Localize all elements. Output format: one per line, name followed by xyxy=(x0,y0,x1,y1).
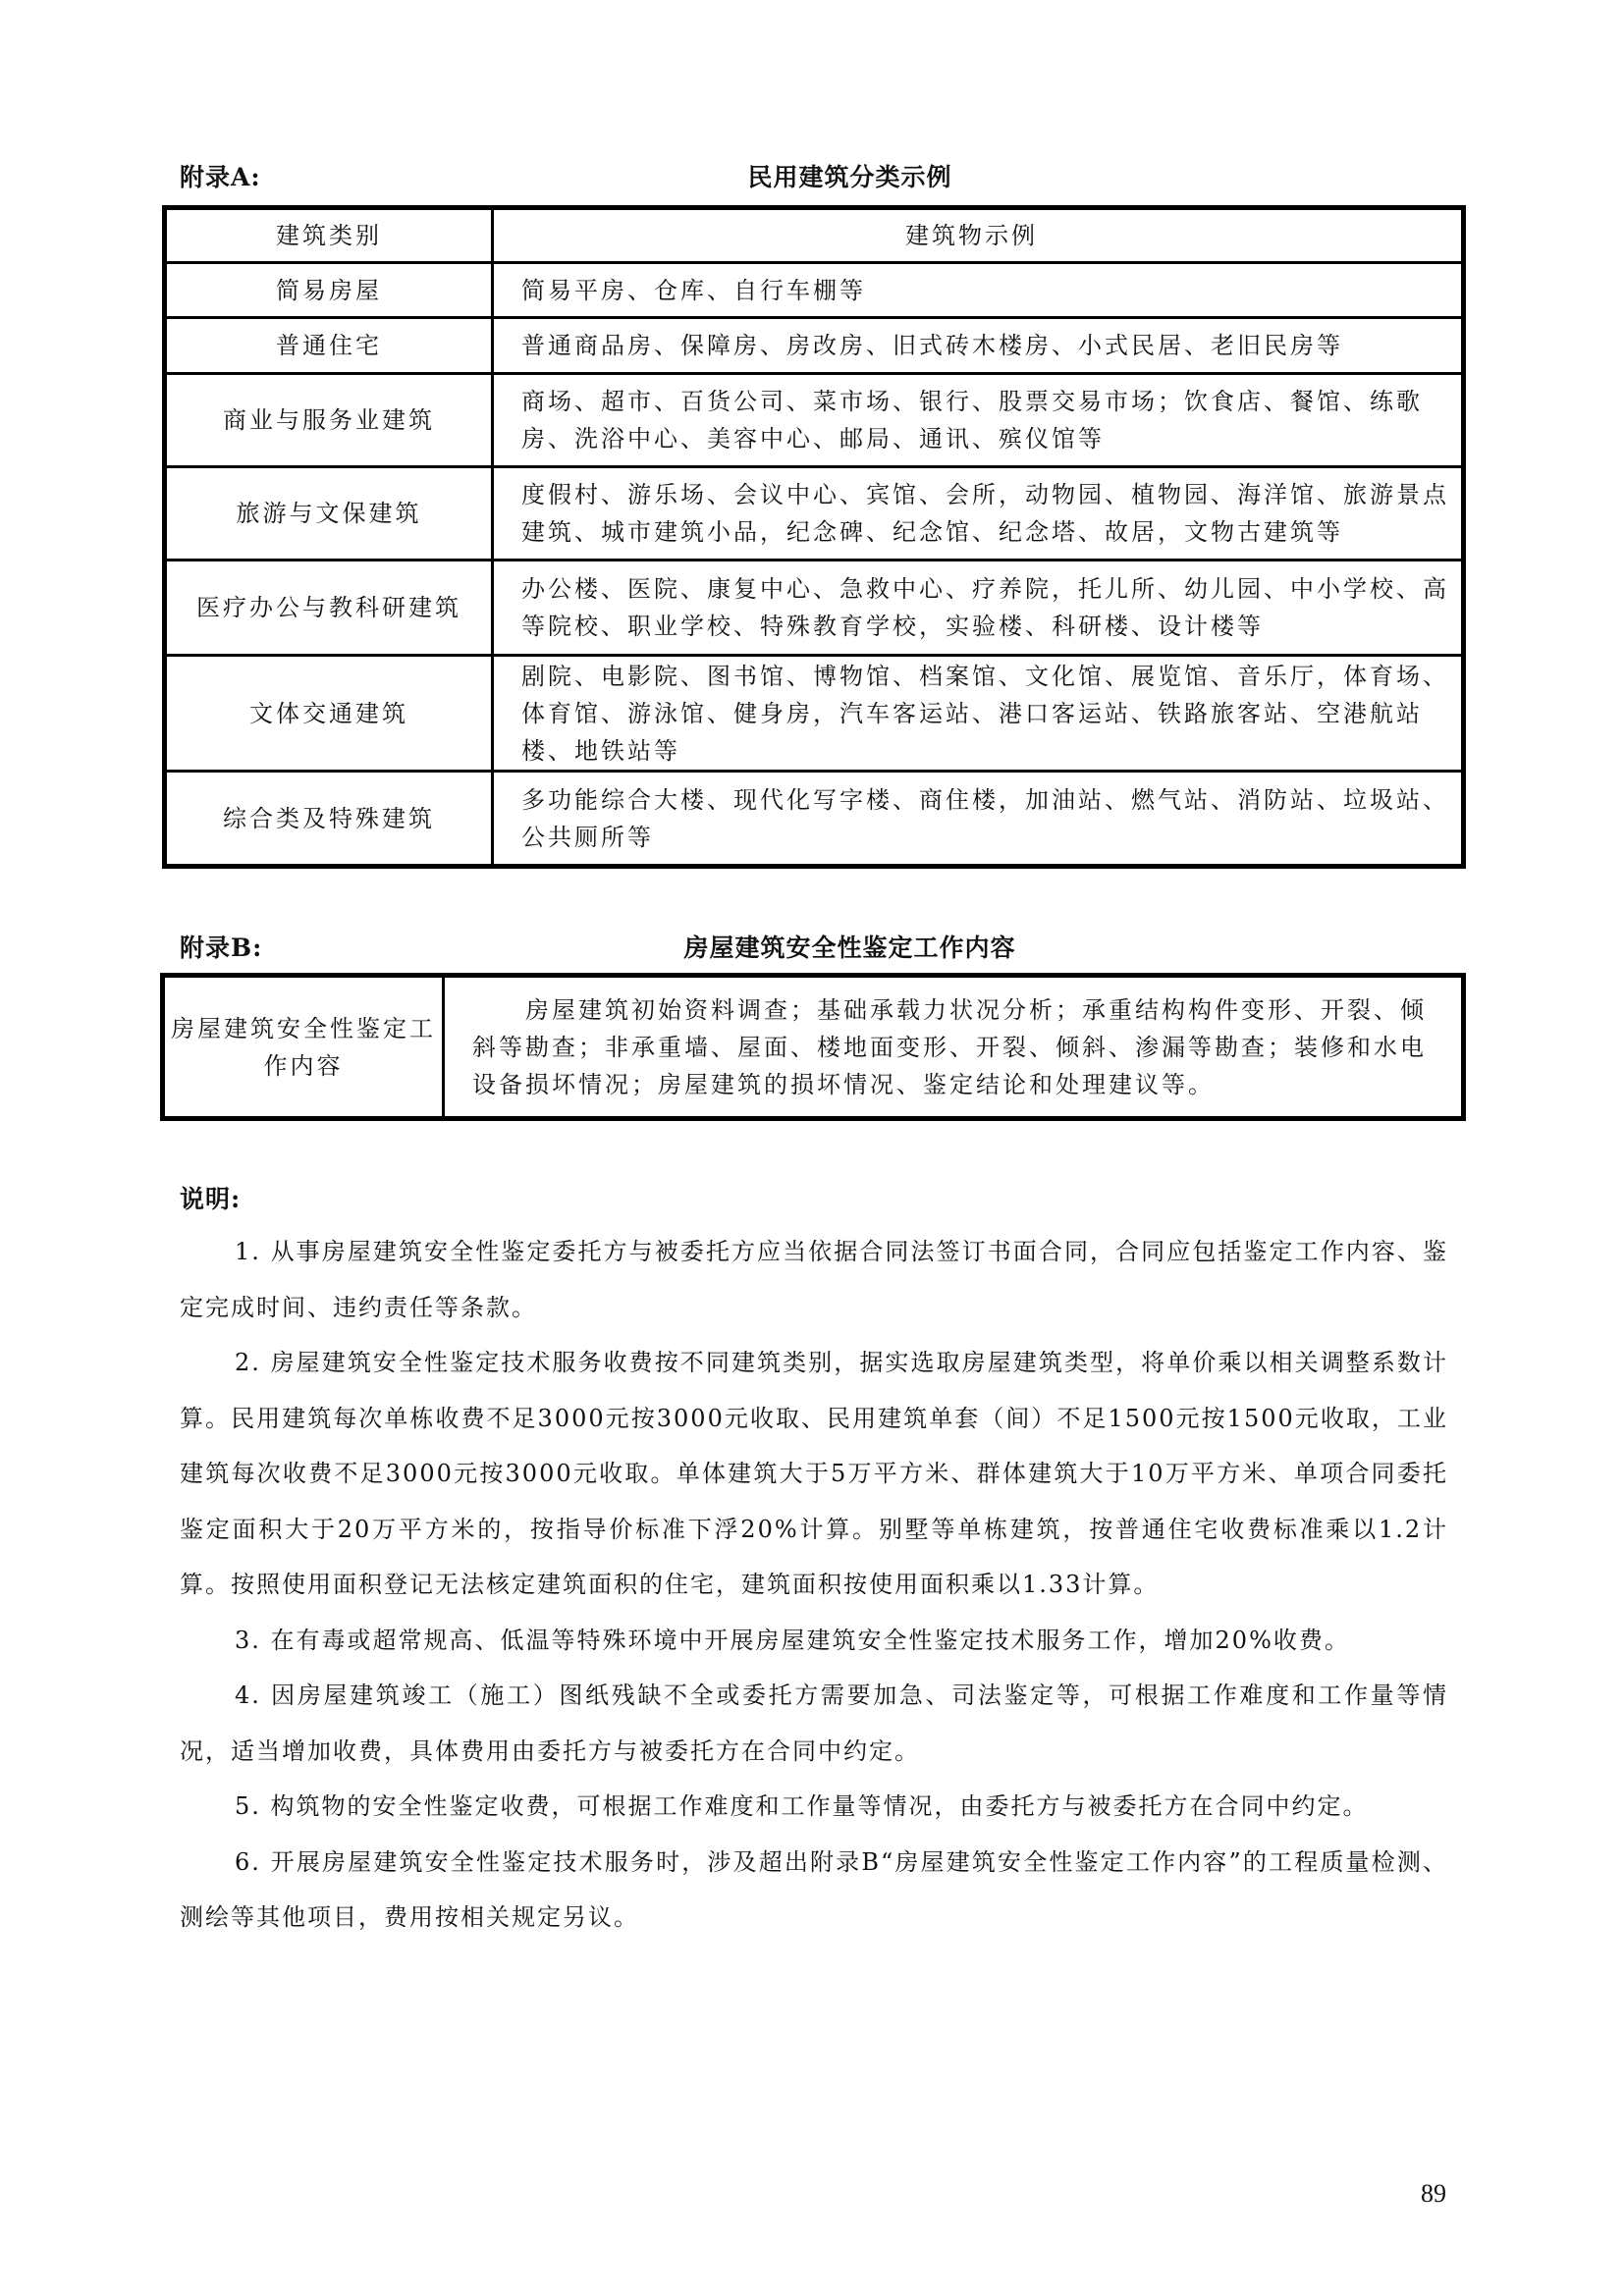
note-item-6: 6. 开展房屋建筑安全性鉴定技术服务时，涉及超出附录B“房屋建筑安全性鉴定工作内… xyxy=(180,1835,1448,1946)
row-category: 商业与服务业建筑 xyxy=(165,374,493,467)
table-row: 医疗办公与教科研建筑 办公楼、医院、康复中心、急救中心、疗养院，托儿所、幼儿园、… xyxy=(165,561,1464,656)
table-row: 简易房屋 简易平房、仓库、自行车棚等 xyxy=(165,263,1464,318)
table-row: 旅游与文保建筑 度假村、游乐场、会议中心、宾馆、会所，动物园、植物园、海洋馆、旅… xyxy=(165,467,1464,561)
appendix-b-heading: 附录B: 房屋建筑安全性鉴定工作内容 xyxy=(180,929,1461,968)
note-item-4: 4. 因房屋建筑竣工（施工）图纸残缺不全或委托方需要加急、司法鉴定等，可根据工作… xyxy=(180,1668,1448,1779)
note-item-2: 2. 房屋建筑安全性鉴定技术服务收费按不同建筑类别，据实选取房屋建筑类型，将单价… xyxy=(180,1335,1448,1613)
table-row: 综合类及特殊建筑 多功能综合大楼、现代化写字楼、商住楼，加油站、燃气站、消防站、… xyxy=(165,772,1464,867)
notes-title: 说明: xyxy=(180,1175,1448,1224)
document-page: 附录A: 民用建筑分类示例 建筑类别 建筑物示例 简易房屋 简易平房、仓库、自行… xyxy=(0,0,1624,2296)
row-category: 普通住宅 xyxy=(165,318,493,374)
page-number: 89 xyxy=(1421,2179,1446,2209)
row-examples: 普通商品房、保障房、房改房、旧式砖木楼房、小式民居、老旧民房等 xyxy=(493,318,1464,374)
row-examples: 办公楼、医院、康复中心、急救中心、疗养院，托儿所、幼儿园、中小学校、高等院校、职… xyxy=(493,561,1464,656)
row-category: 简易房屋 xyxy=(165,263,493,318)
building-classification-table: 建筑类别 建筑物示例 简易房屋 简易平房、仓库、自行车棚等 普通住宅 普通商品房… xyxy=(162,205,1466,869)
row-category: 房屋建筑安全性鉴定工作内容 xyxy=(163,976,444,1119)
table-row: 商业与服务业建筑 商场、超市、百货公司、菜市场、银行、股票交易市场；饮食店、餐馆… xyxy=(165,374,1464,467)
header-category: 建筑类别 xyxy=(165,208,493,263)
row-examples: 多功能综合大楼、现代化写字楼、商住楼，加油站、燃气站、消防站、垃圾站、公共厕所等 xyxy=(493,772,1464,867)
table-header-row: 建筑类别 建筑物示例 xyxy=(165,208,1464,263)
note-item-1: 1. 从事房屋建筑安全性鉴定委托方与被委托方应当依据合同法签订书面合同，合同应包… xyxy=(180,1224,1448,1335)
row-examples: 商场、超市、百货公司、菜市场、银行、股票交易市场；饮食店、餐馆、练歌房、洗浴中心… xyxy=(493,374,1464,467)
table-row: 文体交通建筑 剧院、电影院、图书馆、博物馆、档案馆、文化馆、展览馆、音乐厅，体育… xyxy=(165,656,1464,772)
row-category: 文体交通建筑 xyxy=(165,656,493,772)
appendix-b-title: 房屋建筑安全性鉴定工作内容 xyxy=(180,929,1461,968)
table-row: 普通住宅 普通商品房、保障房、房改房、旧式砖木楼房、小式民居、老旧民房等 xyxy=(165,318,1464,374)
appraisal-work-content-table: 房屋建筑安全性鉴定工作内容 房屋建筑初始资料调查；基础承载力状况分析；承重结构构… xyxy=(160,973,1466,1121)
row-examples: 度假村、游乐场、会议中心、宾馆、会所，动物园、植物园、海洋馆、旅游景点建筑、城市… xyxy=(493,467,1464,561)
row-examples: 房屋建筑初始资料调查；基础承载力状况分析；承重结构构件变形、开裂、倾斜等勘查；非… xyxy=(444,976,1464,1119)
note-item-3: 3. 在有毒或超常规高、低温等特殊环境中开展房屋建筑安全性鉴定技术服务工作，增加… xyxy=(180,1613,1448,1669)
note-item-5: 5. 构筑物的安全性鉴定收费，可根据工作难度和工作量等情况，由委托方与被委托方在… xyxy=(180,1779,1448,1835)
row-examples: 简易平房、仓库、自行车棚等 xyxy=(493,263,1464,318)
table-row: 房屋建筑安全性鉴定工作内容 房屋建筑初始资料调查；基础承载力状况分析；承重结构构… xyxy=(163,976,1464,1119)
notes-section: 说明: 1. 从事房屋建筑安全性鉴定委托方与被委托方应当依据合同法签订书面合同，… xyxy=(180,1175,1448,1946)
row-category: 医疗办公与教科研建筑 xyxy=(165,561,493,656)
row-examples: 剧院、电影院、图书馆、博物馆、档案馆、文化馆、展览馆、音乐厅，体育场、体育馆、游… xyxy=(493,656,1464,772)
appendix-a-heading: 附录A: 民用建筑分类示例 xyxy=(180,158,1461,197)
appendix-a-title: 民用建筑分类示例 xyxy=(180,158,1461,197)
header-examples: 建筑物示例 xyxy=(493,208,1464,263)
row-category: 综合类及特殊建筑 xyxy=(165,772,493,867)
row-category: 旅游与文保建筑 xyxy=(165,467,493,561)
